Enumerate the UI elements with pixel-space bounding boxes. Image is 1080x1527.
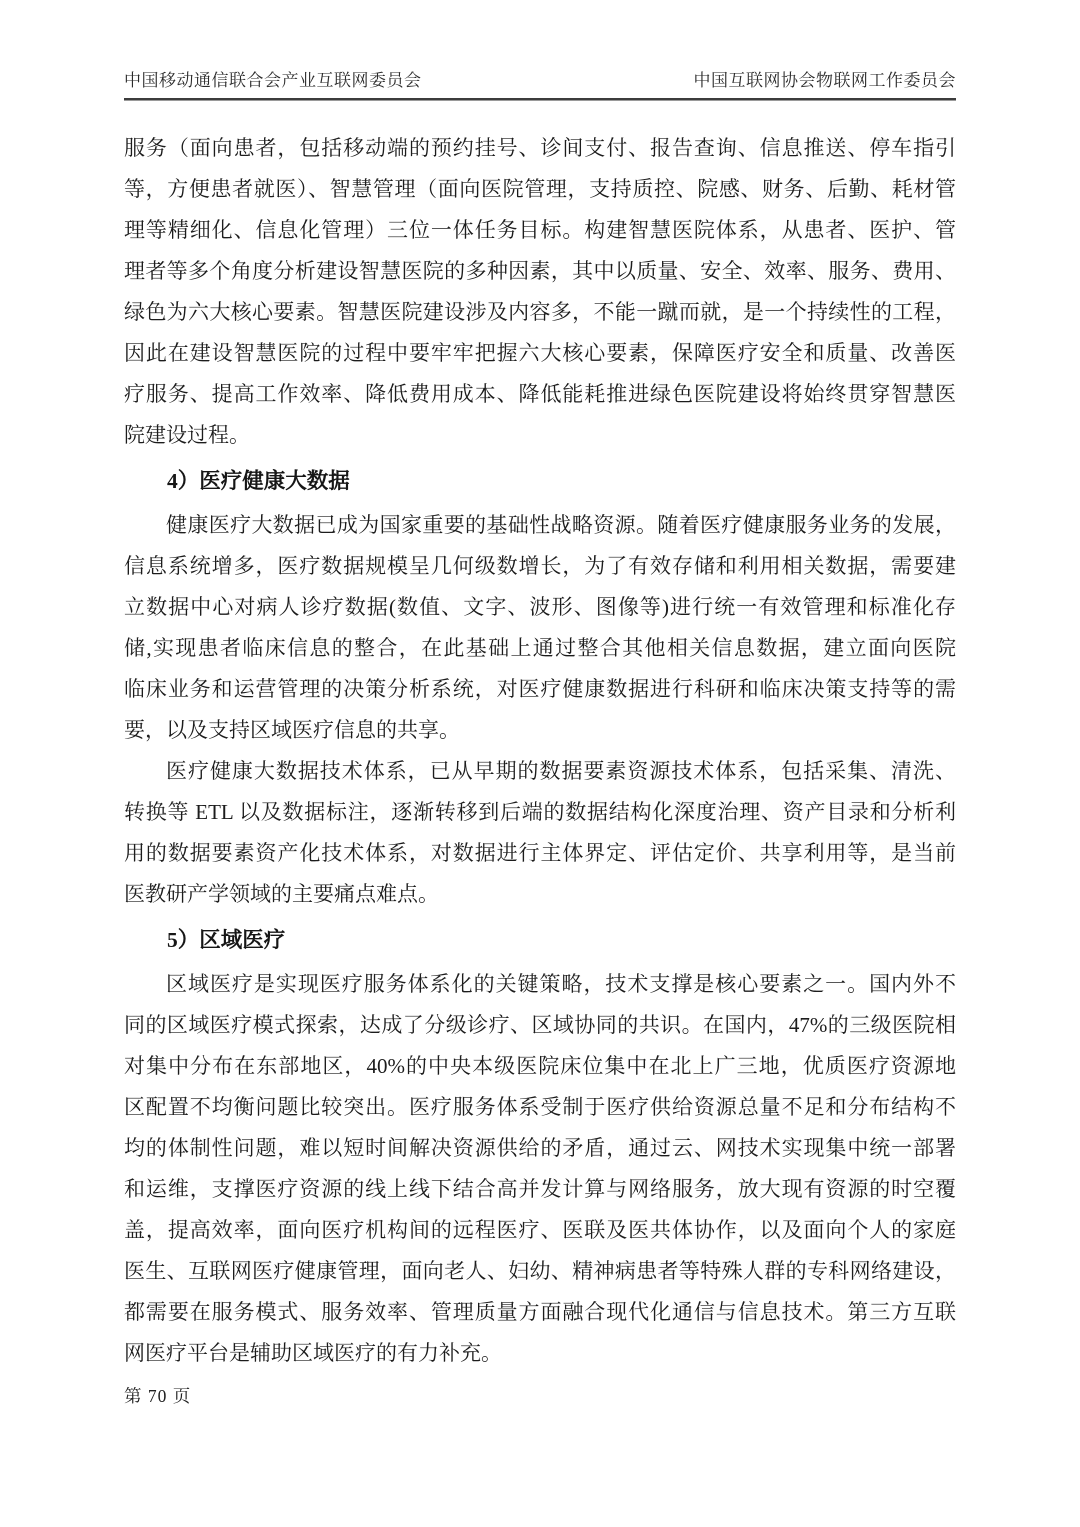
text-line: 医生、互联网医疗健康管理，面向老人、妇幼、精神病患者等特殊人群的专科网络建设， bbox=[124, 1251, 956, 1292]
text-line: 网医疗平台是辅助区域医疗的有力补充。 bbox=[124, 1333, 956, 1374]
text-line: 因此在建设智慧医院的过程中要牢牢把握六大核心要素，保障医疗安全和质量、改善医 bbox=[124, 333, 956, 374]
text-line: 盖，提高效率，面向医疗机构间的远程医疗、医联及医共体协作，以及面向个人的家庭 bbox=[124, 1210, 956, 1251]
text-line: 区配置不均衡问题比较突出。医疗服务体系受制于医疗供给资源总量不足和分布结构不 bbox=[124, 1087, 956, 1128]
header-rule bbox=[124, 98, 956, 101]
text-line: 临床业务和运营管理的决策分析系统，对医疗健康数据进行科研和临床决策支持等的需 bbox=[124, 669, 956, 710]
text-line: 都需要在服务模式、服务效率、管理质量方面融合现代化通信与信息技术。第三方互联 bbox=[124, 1292, 956, 1333]
text-line: 同的区域医疗模式探索，达成了分级诊疗、区域协同的共识。在国内，47%的三级医院相 bbox=[124, 1005, 956, 1046]
text-line: 均的体制性问题，难以短时间解决资源供给的矛盾，通过云、网技术实现集中统一部署 bbox=[124, 1128, 956, 1169]
document-page: 中国移动通信联合会产业互联网委员会 中国互联网协会物联网工作委员会 服务（面向患… bbox=[0, 0, 1080, 1527]
text-line: 信息系统增多，医疗数据规模呈几何级数增长，为了有效存储和利用相关数据，需要建 bbox=[124, 546, 956, 587]
page-footer: 第 70 页 bbox=[124, 1383, 191, 1408]
document-body: 服务（面向患者，包括移动端的预约挂号、诊间支付、报告查询、信息推送、停车指引等，… bbox=[124, 128, 956, 1374]
text-line: 医疗健康大数据技术体系，已从早期的数据要素资源技术体系，包括采集、清洗、 bbox=[124, 751, 956, 792]
text-line: 服务（面向患者，包括移动端的预约挂号、诊间支付、报告查询、信息推送、停车指引 bbox=[124, 128, 956, 169]
header-left-text: 中国移动通信联合会产业互联网委员会 bbox=[124, 66, 422, 91]
paragraph-big-data-tech-system: 医疗健康大数据技术体系，已从早期的数据要素资源技术体系，包括采集、清洗、转换等 … bbox=[124, 751, 956, 915]
text-line: 绿色为六大核心要素。智慧医院建设涉及内容多，不能一蹴而就，是一个持续性的工程， bbox=[124, 292, 956, 333]
section-heading-regional-medical: 5）区域医疗 bbox=[124, 920, 956, 961]
text-line: 理者等多个角度分析建设智慧医院的多种因素，其中以质量、安全、效率、服务、费用、 bbox=[124, 251, 956, 292]
text-line: 用的数据要素资产化技术体系，对数据进行主体界定、评估定价、共享利用等，是当前 bbox=[124, 833, 956, 874]
text-line: 疗服务、提高工作效率、降低费用成本、降低能耗推进绿色医院建设将始终贯穿智慧医 bbox=[124, 374, 956, 415]
paragraph-regional-medical: 区域医疗是实现医疗服务体系化的关键策略，技术支撑是核心要素之一。国内外不同的区域… bbox=[124, 964, 956, 1374]
text-line: 理等精细化、信息化管理）三位一体任务目标。构建智慧医院体系，从患者、医护、管 bbox=[124, 210, 956, 251]
header-right-text: 中国互联网协会物联网工作委员会 bbox=[694, 66, 957, 91]
header-row: 中国移动通信联合会产业互联网委员会 中国互联网协会物联网工作委员会 bbox=[124, 66, 956, 91]
text-line: 等，方便患者就医）、智慧管理（面向医院管理，支持质控、院感、财务、后勤、耗材管 bbox=[124, 169, 956, 210]
text-line: 院建设过程。 bbox=[124, 415, 956, 456]
text-line: 立数据中心对病人诊疗数据(数值、文字、波形、图像等)进行统一有效管理和标准化存 bbox=[124, 587, 956, 628]
text-line: 和运维，支撑医疗资源的线上线下结合高并发计算与网络服务，放大现有资源的时空覆 bbox=[124, 1169, 956, 1210]
text-line: 储,实现患者临床信息的整合，在此基础上通过整合其他相关信息数据，建立面向医院 bbox=[124, 628, 956, 669]
text-line: 区域医疗是实现医疗服务体系化的关键策略，技术支撑是核心要素之一。国内外不 bbox=[124, 964, 956, 1005]
text-line: 健康医疗大数据已成为国家重要的基础性战略资源。随着医疗健康服务业务的发展， bbox=[124, 505, 956, 546]
text-line: 对集中分布在东部地区，40%的中央本级医院床位集中在北上广三地，优质医疗资源地 bbox=[124, 1046, 956, 1087]
text-line: 转换等 ETL 以及数据标注，逐渐转移到后端的数据结构化深度治理、资产目录和分析… bbox=[124, 792, 956, 833]
section-heading-medical-big-data: 4）医疗健康大数据 bbox=[124, 461, 956, 502]
page-header: 中国移动通信联合会产业互联网委员会 中国互联网协会物联网工作委员会 bbox=[124, 0, 956, 101]
paragraph-smart-hospital: 服务（面向患者，包括移动端的预约挂号、诊间支付、报告查询、信息推送、停车指引等，… bbox=[124, 128, 956, 456]
text-line: 医教研产学领域的主要痛点难点。 bbox=[124, 874, 956, 915]
paragraph-big-data-resource: 健康医疗大数据已成为国家重要的基础性战略资源。随着医疗健康服务业务的发展，信息系… bbox=[124, 505, 956, 751]
text-line: 要，以及支持区域医疗信息的共享。 bbox=[124, 710, 956, 751]
page-number: 第 70 页 bbox=[124, 1386, 191, 1406]
